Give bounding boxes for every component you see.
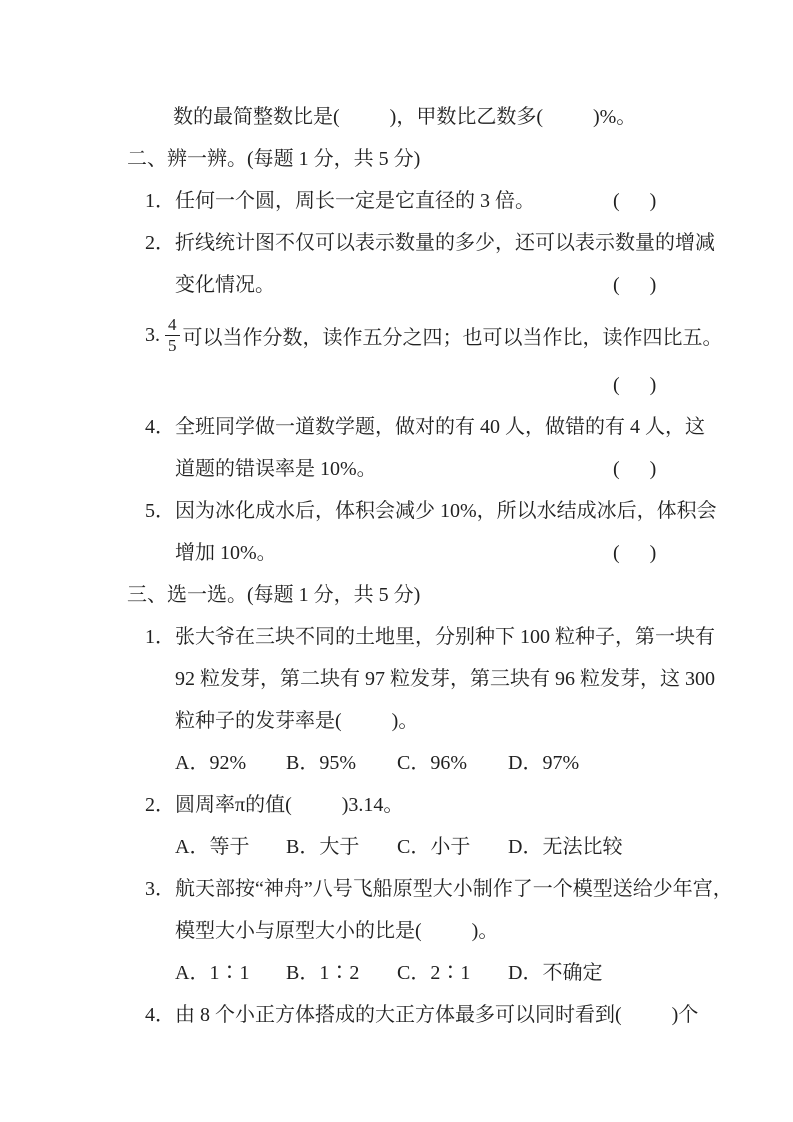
answer-paren: ( )	[613, 532, 656, 574]
mc-question-1-line-2: 92 粒发芽，第二块有 97 粒发芽，第三块有 96 粒发芽，这 300	[0, 658, 793, 700]
section-3-header: 三、选一选。(每题 1 分，共 5 分)	[0, 574, 793, 616]
tf-question-4-line-1: 4．全班同学做一道数学题，做对的有 40 人，做错的有 4 人，这	[0, 406, 793, 448]
option-d: D．不确定	[508, 952, 602, 994]
question-text: 5．因为冰化成水后，体积会减少 10%，所以水结成冰后，体积会	[145, 500, 717, 522]
option-d: D．97%	[508, 742, 579, 784]
question-text: 模型大小与原型大小的比是( )。	[175, 920, 498, 942]
option-a: A．等于	[175, 826, 286, 868]
question-text: 2．圆周率π的值( )3.14。	[145, 794, 403, 816]
fraction-denominator: 5	[165, 336, 180, 355]
answer-paren: ( )	[613, 180, 656, 222]
answer-paren: ( )	[613, 264, 656, 306]
option-c: C．96%	[397, 742, 508, 784]
question-text: 4．全班同学做一道数学题，做对的有 40 人，做错的有 4 人，这	[145, 416, 705, 438]
tf-question-3-line-1: 3. 4 5 可以当作分数，读作五分之四；也可以当作比，读作四比五。	[0, 306, 793, 364]
question-text: 4．由 8 个小正方体搭成的大正方体最多可以同时看到( )个	[145, 1004, 698, 1026]
tf-question-2-line-1: 2．折线统计图不仅可以表示数量的多少，还可以表示数量的增减	[0, 222, 793, 264]
question-number: 3.	[145, 324, 160, 347]
option-d: D．无法比较	[508, 826, 622, 868]
mc-question-1-options: A．92% B．95% C．96% D．97%	[0, 742, 793, 784]
question-text: 1．任何一个圆，周长一定是它直径的 3 倍。	[145, 190, 535, 212]
tf-question-4-line-2: 道题的错误率是 10%。 ( )	[0, 448, 793, 490]
option-b: B．95%	[286, 742, 397, 784]
question-text: 可以当作分数，读作五分之四；也可以当作比，读作四比五。	[183, 321, 723, 350]
tf-question-5-line-2: 增加 10%。 ( )	[0, 532, 793, 574]
option-c: C．小于	[397, 826, 508, 868]
mc-question-3-line-2: 模型大小与原型大小的比是( )。	[0, 910, 793, 952]
fraction-four-fifths: 4 5	[165, 316, 180, 355]
section-3-title: 三、选一选。(每题 1 分，共 5 分)	[127, 584, 420, 606]
mc-question-1-line-3: 粒种子的发芽率是( )。	[0, 700, 793, 742]
option-c: C．2∶1	[397, 952, 508, 994]
section-2-title: 二、辨一辨。(每题 1 分，共 5 分)	[127, 148, 420, 170]
mc-question-2-line-1: 2．圆周率π的值( )3.14。	[0, 784, 793, 826]
option-a: A．1∶1	[175, 952, 286, 994]
mc-question-1-line-1: 1．张大爷在三块不同的土地里，分别种下 100 粒种子，第一块有	[0, 616, 793, 658]
tf-question-1: 1．任何一个圆，周长一定是它直径的 3 倍。 ( )	[0, 180, 793, 222]
intro-text: 数的最简整数比是( )，甲数比乙数多( )%。	[173, 106, 636, 128]
tf-question-2-line-2: 变化情况。 ( )	[0, 264, 793, 306]
mc-question-3-line-1: 3．航天部按“神舟”八号飞船原型大小制作了一个模型送给少年宫，	[0, 868, 793, 910]
question-text: 变化情况。	[175, 274, 275, 296]
intro-fill-blank-line: 数的最简整数比是( )，甲数比乙数多( )%。	[0, 96, 793, 138]
option-b: B．1∶2	[286, 952, 397, 994]
question-text: 粒种子的发芽率是( )。	[175, 710, 418, 732]
question-text: 92 粒发芽，第二块有 97 粒发芽，第三块有 96 粒发芽，这 300	[175, 668, 715, 690]
question-text: 3．航天部按“神舟”八号飞船原型大小制作了一个模型送给少年宫，	[145, 878, 733, 900]
mc-question-4-line-1: 4．由 8 个小正方体搭成的大正方体最多可以同时看到( )个	[0, 994, 793, 1036]
question-text: 道题的错误率是 10%。	[175, 458, 377, 480]
option-b: B．大于	[286, 826, 397, 868]
question-text: 增加 10%。	[175, 542, 277, 564]
answer-paren: ( )	[613, 364, 656, 406]
section-2-header: 二、辨一辨。(每题 1 分，共 5 分)	[0, 138, 793, 180]
exam-page: 数的最简整数比是( )，甲数比乙数多( )%。 二、辨一辨。(每题 1 分，共 …	[0, 0, 793, 1122]
question-text: 2．折线统计图不仅可以表示数量的多少，还可以表示数量的增减	[145, 232, 715, 254]
question-text: 1．张大爷在三块不同的土地里，分别种下 100 粒种子，第一块有	[145, 626, 715, 648]
mc-question-3-options: A．1∶1 B．1∶2 C．2∶1 D．不确定	[0, 952, 793, 994]
fraction-numerator: 4	[165, 316, 180, 336]
option-a: A．92%	[175, 742, 286, 784]
mc-question-2-options: A．等于 B．大于 C．小于 D．无法比较	[0, 826, 793, 868]
answer-paren: ( )	[613, 448, 656, 490]
tf-question-5-line-1: 5．因为冰化成水后，体积会减少 10%，所以水结成冰后，体积会	[0, 490, 793, 532]
tf-question-3-answer-line: ( )	[0, 364, 793, 406]
